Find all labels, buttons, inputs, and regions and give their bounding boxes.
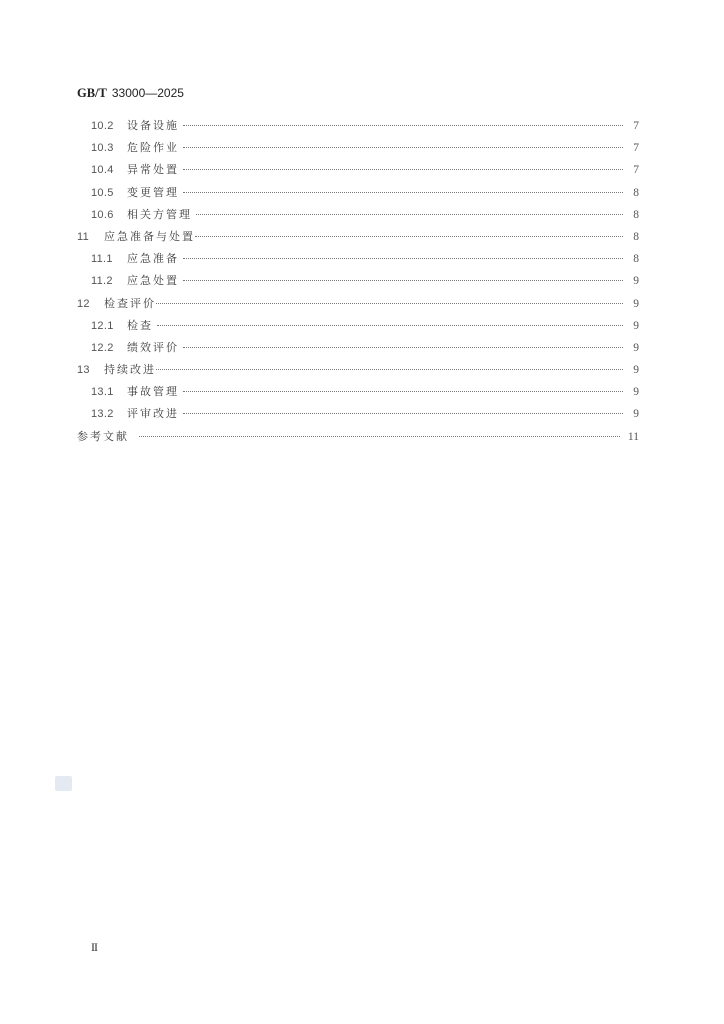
toc-entry-page: 9	[631, 275, 639, 287]
toc-entry-number: 11	[77, 231, 104, 243]
toc-entry-title: 绩效评价	[127, 339, 179, 355]
dot-leader	[183, 192, 623, 193]
toc-entry-page: 7	[631, 142, 639, 154]
toc-entry-page: 7	[631, 164, 639, 176]
toc-entry-number: 11.2	[91, 275, 127, 287]
toc-entry-title: 危险作业	[127, 139, 179, 155]
standard-code: GB/T	[77, 86, 107, 100]
toc-entry-number: 10.4	[91, 164, 127, 176]
toc-entry-12-2[interactable]: 12.2 绩效评价 9	[77, 339, 639, 361]
dot-leader	[183, 413, 623, 414]
toc-entry-title: 参考文献	[77, 428, 129, 444]
standard-number: 33000—2025	[112, 86, 184, 100]
toc-entry-13-1[interactable]: 13.1 事故管理 9	[77, 383, 639, 405]
dot-leader	[156, 369, 623, 370]
toc-entry-10-5[interactable]: 10.5 变更管理 8	[77, 184, 639, 206]
toc-entry-number: 13	[77, 364, 104, 376]
toc-entry-title: 检查评价	[104, 295, 156, 311]
publisher-logo-icon	[55, 776, 72, 791]
toc-entry-title: 相关方管理	[127, 206, 192, 222]
toc-entry-10-6[interactable]: 10.6 相关方管理 8	[77, 206, 639, 228]
toc-entry-title: 应急准备与处置	[104, 228, 195, 244]
toc-entry-11[interactable]: 11 应急准备与处置 8	[77, 228, 639, 250]
dot-leader	[183, 258, 623, 259]
page-number: II	[91, 940, 97, 955]
toc-entry-page: 9	[631, 320, 639, 332]
toc-entry-references[interactable]: 参考文献 11	[77, 428, 639, 450]
toc-entry-number: 13.2	[91, 408, 127, 420]
toc-entry-12[interactable]: 12 检查评价 9	[77, 295, 639, 317]
toc-entry-page: 9	[631, 342, 639, 354]
dot-leader	[183, 347, 623, 348]
toc-entry-title: 异常处置	[127, 161, 179, 177]
toc-entry-title: 评审改进	[127, 405, 179, 421]
toc-entry-11-2[interactable]: 11.2 应急处置 9	[77, 272, 639, 294]
toc-entry-page: 8	[631, 209, 639, 221]
toc-entry-10-2[interactable]: 10.2 设备设施 7	[77, 117, 639, 139]
dot-leader	[183, 391, 623, 392]
toc-entry-number: 12.1	[91, 320, 127, 332]
toc-entry-page: 7	[631, 120, 639, 132]
toc-entry-number: 10.6	[91, 209, 127, 221]
dot-leader	[183, 147, 623, 148]
toc-entry-13[interactable]: 13 持续改进 9	[77, 361, 639, 383]
page-header: GB/T33000—2025	[77, 86, 184, 101]
toc-entry-title: 应急处置	[127, 272, 179, 288]
toc-entry-title: 事故管理	[127, 383, 179, 399]
dot-leader	[183, 169, 623, 170]
toc-entry-page: 8	[631, 187, 639, 199]
toc-entry-title: 检查	[127, 317, 153, 333]
dot-leader	[183, 125, 623, 126]
toc-entry-number: 10.2	[91, 120, 127, 132]
dot-leader	[157, 325, 623, 326]
toc-entry-title: 设备设施	[127, 117, 179, 133]
toc-entry-page: 9	[631, 386, 639, 398]
toc-entry-10-3[interactable]: 10.3 危险作业 7	[77, 139, 639, 161]
dot-leader	[196, 214, 623, 215]
toc-entry-13-2[interactable]: 13.2 评审改进 9	[77, 405, 639, 427]
dot-leader	[139, 436, 620, 437]
toc-entry-page: 11	[628, 431, 639, 443]
table-of-contents: 10.2 设备设施 7 10.3 危险作业 7 10.4 异常处置 7 10.5…	[77, 117, 639, 450]
toc-entry-number: 13.1	[91, 386, 127, 398]
toc-entry-page: 9	[631, 298, 639, 310]
dot-leader	[195, 236, 623, 237]
toc-entry-page: 8	[631, 253, 639, 265]
dot-leader	[183, 280, 623, 281]
toc-entry-number: 12.2	[91, 342, 127, 354]
toc-entry-12-1[interactable]: 12.1 检查 9	[77, 317, 639, 339]
toc-entry-title: 持续改进	[104, 361, 156, 377]
toc-entry-title: 变更管理	[127, 184, 179, 200]
toc-entry-number: 11.1	[91, 253, 127, 265]
toc-entry-10-4[interactable]: 10.4 异常处置 7	[77, 161, 639, 183]
toc-entry-number: 10.5	[91, 187, 127, 199]
toc-entry-number: 12	[77, 298, 104, 310]
toc-entry-title: 应急准备	[127, 250, 179, 266]
toc-entry-number: 10.3	[91, 142, 127, 154]
dot-leader	[156, 303, 623, 304]
toc-entry-11-1[interactable]: 11.1 应急准备 8	[77, 250, 639, 272]
toc-entry-page: 8	[631, 231, 639, 243]
toc-entry-page: 9	[631, 364, 639, 376]
toc-entry-page: 9	[631, 408, 639, 420]
